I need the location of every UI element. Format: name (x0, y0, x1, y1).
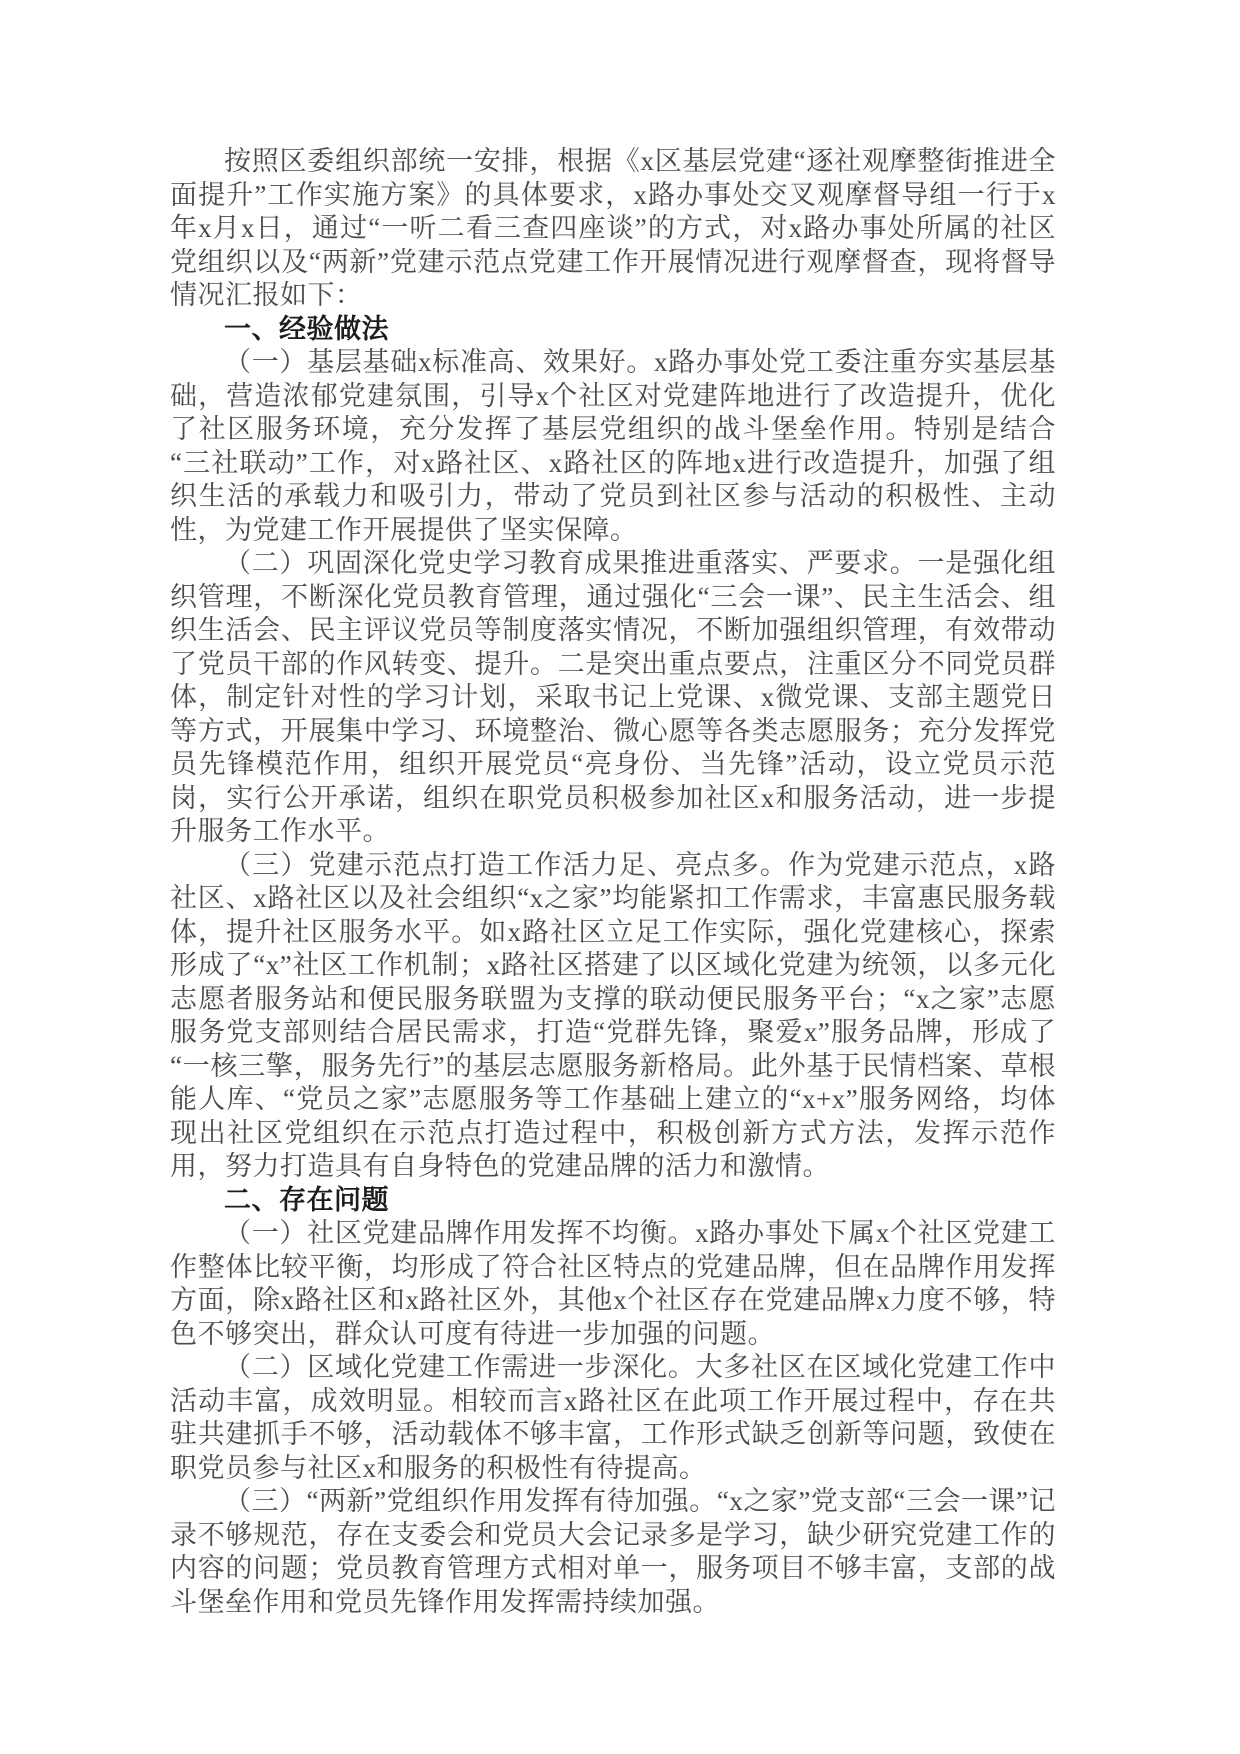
paragraph-experience-1: （一）基层基础x标准高、效果好。x路办事处党工委注重夯实基层基础，营造浓郁党建氛… (170, 346, 1056, 547)
section-heading-experience: 一、经验做法 (170, 313, 1056, 347)
paragraph-problem-3: （三）“两新”党组织作用发挥有待加强。“x之家”党支部“三会一课”记录不够规范，… (170, 1485, 1056, 1619)
document-page: 按照区委组织部统一安排，根据《x区基层党建“逐社观摩整街推进全面提升”工作实施方… (0, 0, 1240, 1754)
paragraph-experience-2: （二）巩固深化党史学习教育成果推进重落实、严要求。一是强化组织管理，不断深化党员… (170, 547, 1056, 849)
section-heading-problems: 二、存在问题 (170, 1184, 1056, 1218)
paragraph-experience-3: （三）党建示范点打造工作活力足、亮点多。作为党建示范点，x路社区、x路社区以及社… (170, 849, 1056, 1184)
paragraph-intro: 按照区委组织部统一安排，根据《x区基层党建“逐社观摩整街推进全面提升”工作实施方… (170, 145, 1056, 313)
paragraph-problem-1: （一）社区党建品牌作用发挥不均衡。x路办事处下属x个社区党建工作整体比较平衡，均… (170, 1217, 1056, 1351)
paragraph-problem-2: （二）区域化党建工作需进一步深化。大多社区在区域化党建工作中活动丰富，成效明显。… (170, 1351, 1056, 1485)
document-body: 按照区委组织部统一安排，根据《x区基层党建“逐社观摩整街推进全面提升”工作实施方… (170, 145, 1056, 1619)
